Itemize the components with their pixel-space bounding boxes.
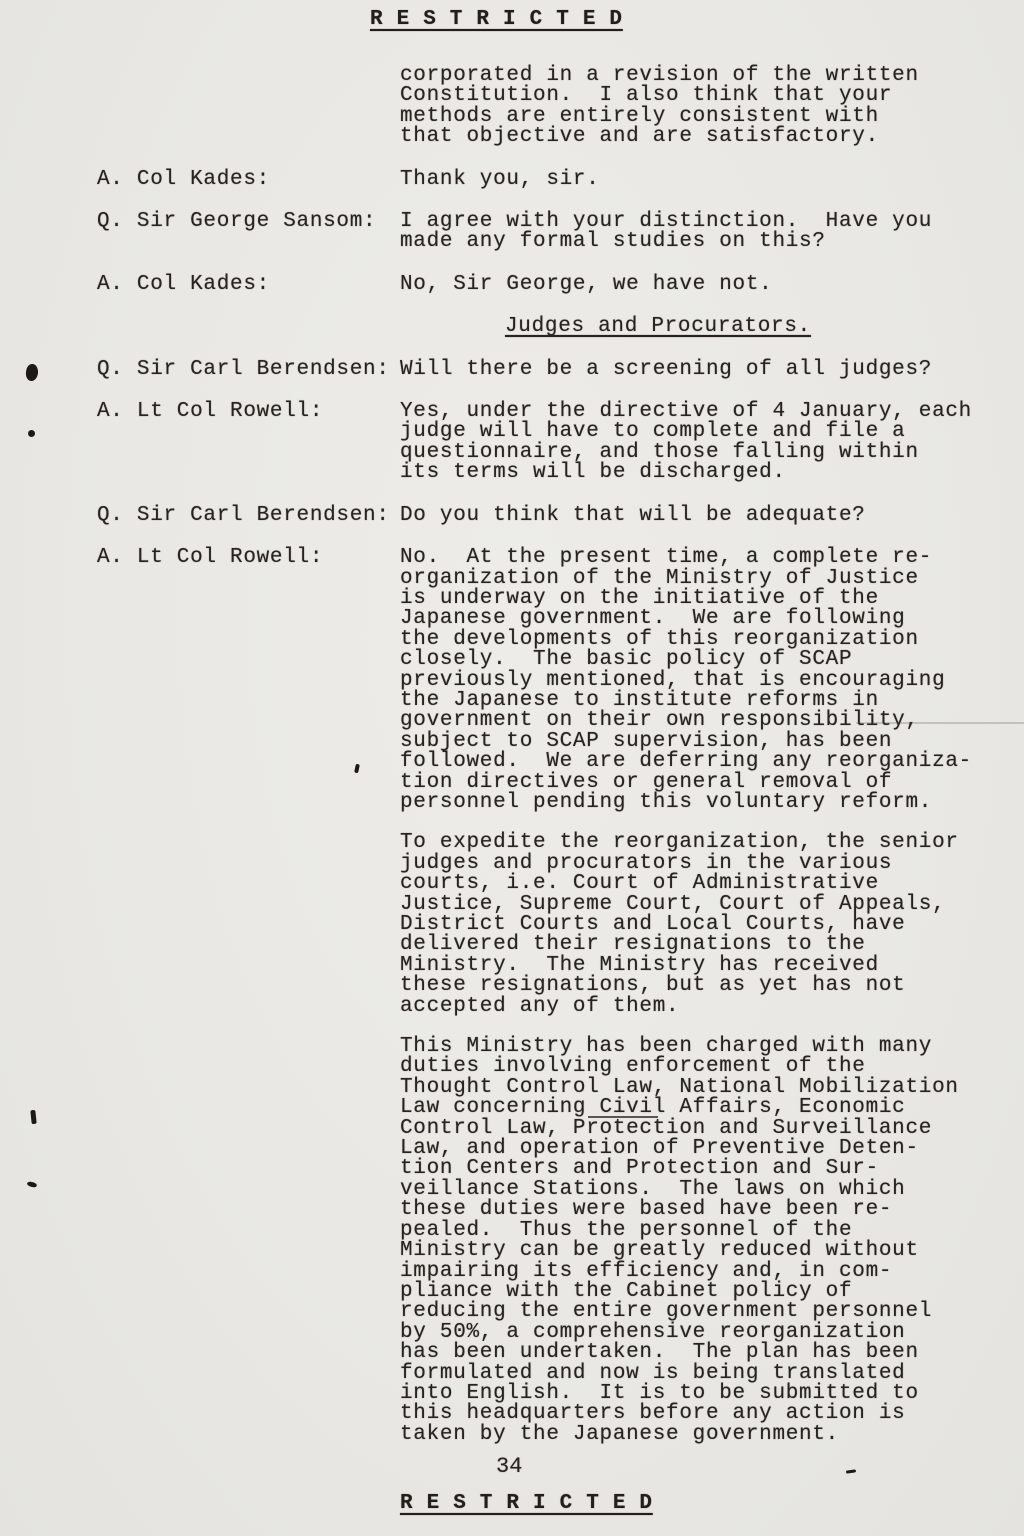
paragraph: No. At the present time, a complete re- … bbox=[400, 548, 987, 813]
stray-underline-mark bbox=[588, 1116, 658, 1118]
speaker-label bbox=[97, 66, 400, 148]
paragraph: Yes, under the directive of 4 January, e… bbox=[400, 402, 987, 484]
paragraph: I agree with your distinction. Have you … bbox=[400, 212, 987, 253]
qa-entry: corporated in a revision of the written … bbox=[97, 66, 987, 148]
qa-entry: A. Col Kades: Thank you, sir. bbox=[97, 170, 987, 190]
paragraph: corporated in a revision of the written … bbox=[400, 66, 987, 148]
speech-text: Thank you, sir. bbox=[400, 170, 987, 190]
speaker-label: Q. Sir Carl Berendsen: bbox=[97, 360, 400, 380]
classification-footer: R E S T R I C T E D bbox=[400, 1492, 653, 1515]
qa-entry: Q. Sir Carl Berendsen: Will there be a s… bbox=[97, 360, 987, 380]
paragraph: Will there be a screening of all judges? bbox=[400, 360, 987, 380]
speech-text: corporated in a revision of the written … bbox=[400, 66, 987, 148]
paragraph: Do you think that will be adequate? bbox=[400, 506, 987, 526]
speech-text: Will there be a screening of all judges? bbox=[400, 360, 987, 380]
qa-entry: A. Col Kades: No, Sir George, we have no… bbox=[97, 275, 987, 295]
classification-header: R E S T R I C T E D bbox=[370, 8, 623, 31]
page-number: 34 bbox=[496, 1454, 522, 1479]
speech-text: No, Sir George, we have not. bbox=[400, 275, 987, 295]
section-heading: Judges and Procurators. bbox=[505, 317, 987, 337]
faint-ink-line bbox=[856, 722, 1024, 724]
transcript-body: corporated in a revision of the written … bbox=[97, 66, 987, 1445]
ink-blob-mark bbox=[25, 363, 39, 382]
speech-text: I agree with your distinction. Have you … bbox=[400, 212, 987, 253]
speaker-label: A. Lt Col Rowell: bbox=[97, 402, 400, 484]
document-page: R E S T R I C T E D corporated in a revi… bbox=[0, 0, 1024, 1536]
speaker-label: A. Col Kades: bbox=[97, 170, 400, 190]
qa-entry: A. Lt Col Rowell: Yes, under the directi… bbox=[97, 402, 987, 484]
paragraph: No, Sir George, we have not. bbox=[400, 275, 987, 295]
paragraph: Thank you, sir. bbox=[400, 170, 987, 190]
speech-text: Yes, under the directive of 4 January, e… bbox=[400, 402, 987, 484]
speaker-label: Q. Sir Carl Berendsen: bbox=[97, 506, 400, 526]
speech-text: No. At the present time, a complete re- … bbox=[400, 548, 987, 1445]
speaker-label: A. Col Kades: bbox=[97, 275, 400, 295]
qa-entry: A. Lt Col Rowell: No. At the present tim… bbox=[97, 548, 987, 1445]
ink-tick-mark bbox=[30, 1110, 36, 1124]
speaker-label: A. Lt Col Rowell: bbox=[97, 548, 400, 1445]
paragraph: This Ministry has been charged with many… bbox=[400, 1037, 987, 1445]
ink-dash-mark bbox=[846, 1469, 856, 1473]
paragraph: To expedite the reorganization, the seni… bbox=[400, 833, 987, 1017]
speaker-label: Q. Sir George Sansom: bbox=[97, 212, 400, 253]
speech-text: Do you think that will be adequate? bbox=[400, 506, 987, 526]
ink-tick-mark bbox=[27, 1181, 38, 1188]
ink-dot-mark bbox=[28, 430, 35, 437]
qa-entry: Q. Sir Carl Berendsen: Do you think that… bbox=[97, 506, 987, 526]
qa-entry: Q. Sir George Sansom: I agree with your … bbox=[97, 212, 987, 253]
